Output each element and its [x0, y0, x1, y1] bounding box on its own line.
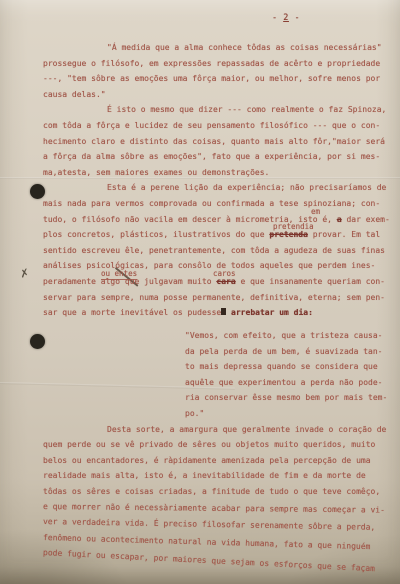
text-segment: Desta sorte, a amargura que geralmente i…	[107, 425, 386, 434]
typewritten-line: servar para sempre, numa posse permanent…	[43, 293, 385, 303]
typewritten-line: É isto o mesmo que dizer --- como realme…	[43, 105, 386, 115]
text-segment: belos ou encantadores, é ràpidamente ame…	[43, 456, 371, 465]
text-segment: realidade mais alta, isto é, a inevitabi…	[43, 471, 366, 480]
text-segment: provar. Em tal	[308, 230, 380, 239]
scanned-document: ✗ - 2 - "Á medida que a alma conhece tôd…	[0, 0, 400, 584]
typewritten-line: mais nada para vermos comprovada ou conf…	[43, 199, 380, 209]
typewritten-line: "Á medida que a alma conhece tôdas as co…	[43, 43, 382, 53]
text-segment: causa delas."	[43, 90, 106, 99]
typewritten-line: ---, "tem sôbre as emoções uma fôrça mai…	[43, 74, 380, 84]
text-segment: e que morrer não é necessàriamente acaba…	[43, 502, 385, 515]
text-segment: análises psicológicas, para consôlo de t…	[43, 261, 375, 270]
document-page: ✗ - 2 - "Á medida que a alma conhece tôd…	[0, 0, 400, 584]
typewritten-line: ver a verdadeira vida. É preciso filosof…	[43, 517, 375, 533]
text-segment: po."	[185, 409, 204, 418]
typewritten-line: ria conservar êsse mesmo bem por mais te…	[185, 393, 387, 403]
text-segment: servar para sempre, numa posse permanent…	[43, 293, 385, 302]
pen-scribble-mark: ✗	[19, 266, 31, 281]
text-segment: tôdas os sêres e coisas criadas, a finit…	[43, 487, 380, 496]
text-segment: pode fugir ou escapar, por maiores que s…	[43, 548, 375, 573]
text-segment: plos concretos, plásticos, ilustrativos …	[43, 230, 269, 239]
typewritten-line: hecimento claro e distinto das coisas, q…	[43, 137, 385, 147]
typed-correction: ou entes	[101, 269, 137, 280]
typewritten-line: plos concretos, plásticos, ilustrativos …	[43, 230, 380, 240]
text-segment: dar exem-	[342, 215, 390, 224]
text-segment: ma,atesta, sem maiores exames ou demonst…	[43, 168, 269, 177]
typewritten-line: "Vemos, com efeito, que a tristeza causa…	[185, 331, 382, 341]
typewritten-line: tôdas os sêres e coisas criadas, a finit…	[43, 487, 380, 497]
text-segment: É isto o mesmo que dizer --- como realme…	[107, 105, 386, 114]
typewritten-line: Desta sorte, a amargura que geralmente i…	[43, 425, 386, 435]
text-segment: "Á medida que a alma conhece tôdas as co…	[107, 43, 382, 52]
typewritten-line: sar que a morte inevitável os pudesse ar…	[43, 308, 313, 318]
text-segment: ria conservar êsse mesmo bem por mais te…	[185, 393, 387, 402]
typed-correction: caros	[213, 269, 236, 279]
text-segment: sar que a morte inevitável os pudesse	[43, 308, 221, 317]
typewritten-line: a fôrça da alma sôbre as emoções", fato …	[43, 152, 380, 162]
typewritten-line: sentido escreveu êle, penetrantemente, c…	[43, 246, 385, 256]
text-segment: sentido escreveu êle, penetrantemente, c…	[43, 246, 385, 255]
text-segment: quem perde ou se vê privado de sêres ou …	[43, 440, 375, 449]
text-segment: ---, "tem sôbre as emoções uma fôrça mai…	[43, 74, 380, 83]
typewritten-line: fenômeno ou acontecimento natural na vid…	[43, 533, 371, 552]
typewritten-line: com tôda a fôrça e lucidez de seu pensam…	[43, 121, 380, 131]
text-segment: prossegue o filósofo, em expressões repa…	[43, 59, 380, 68]
text-segment: arrebatar um dia:	[231, 308, 313, 317]
text-segment: a fôrça da alma sôbre as emoções", fato …	[43, 152, 380, 161]
typewritten-line: prossegue o filósofo, em expressões repa…	[43, 59, 380, 69]
typewritten-line: aquêle que experimentou a perda não pode…	[185, 378, 382, 388]
typewritten-line: tudo, o filósofo não vacila em descer à …	[43, 215, 390, 225]
text-segment: Esta é a perene lição da experiência; nã…	[107, 183, 386, 192]
typewritten-line: ma,atesta, sem maiores exames ou demonst…	[43, 168, 269, 178]
text-segment: aquêle que experimentou a perda não pode…	[185, 378, 382, 387]
text-segment: da pela perda de um bem, é suavizada tan…	[185, 347, 382, 356]
typewritten-line: análises psicológicas, para consôlo de t…	[43, 261, 375, 271]
text-segment: "Vemos, com efeito, que a tristeza causa…	[185, 331, 382, 340]
text-segment: to mais depressa quando se considera que	[185, 362, 378, 371]
text-segment: e que insanamente queriam con-	[236, 277, 385, 286]
typewritten-line: Esta é a perene lição da experiência; nã…	[43, 183, 386, 193]
text-segment: com tôda a fôrça e lucidez de seu pensam…	[43, 121, 380, 130]
typewritten-line: peradamente algo que julgavam muito cara…	[43, 277, 385, 287]
text-segment: fenômeno ou acontecimento natural na vid…	[43, 533, 371, 551]
text-segment: ver a verdadeira vida. É preciso filosof…	[43, 517, 375, 532]
typewritten-line: to mais depressa quando se considera que	[185, 362, 378, 372]
typewritten-line: quem perde ou se vê privado de sêres ou …	[43, 440, 375, 450]
text-segment: hecimento claro e distinto das coisas, q…	[43, 137, 385, 146]
typed-correction: em	[311, 207, 320, 217]
typed-correction: pretendia	[273, 222, 314, 232]
typewritten-line: da pela perda de um bem, é suavizada tan…	[185, 347, 382, 357]
typewritten-line: po."	[185, 409, 204, 419]
typewritten-line: causa delas."	[43, 90, 106, 100]
text-segment: mais nada para vermos comprovada ou conf…	[43, 199, 380, 208]
typewritten-line: pode fugir ou escapar, por maiores que s…	[43, 548, 375, 574]
typewritten-text: "Á medida que a alma conhece tôdas as co…	[43, 0, 400, 584]
typewritten-line: belos ou encantadores, é ràpidamente ame…	[43, 456, 371, 466]
typewritten-line: realidade mais alta, isto é, a inevitabi…	[43, 471, 366, 481]
typewritten-line: e que morrer não é necessàriamente acaba…	[43, 502, 385, 516]
